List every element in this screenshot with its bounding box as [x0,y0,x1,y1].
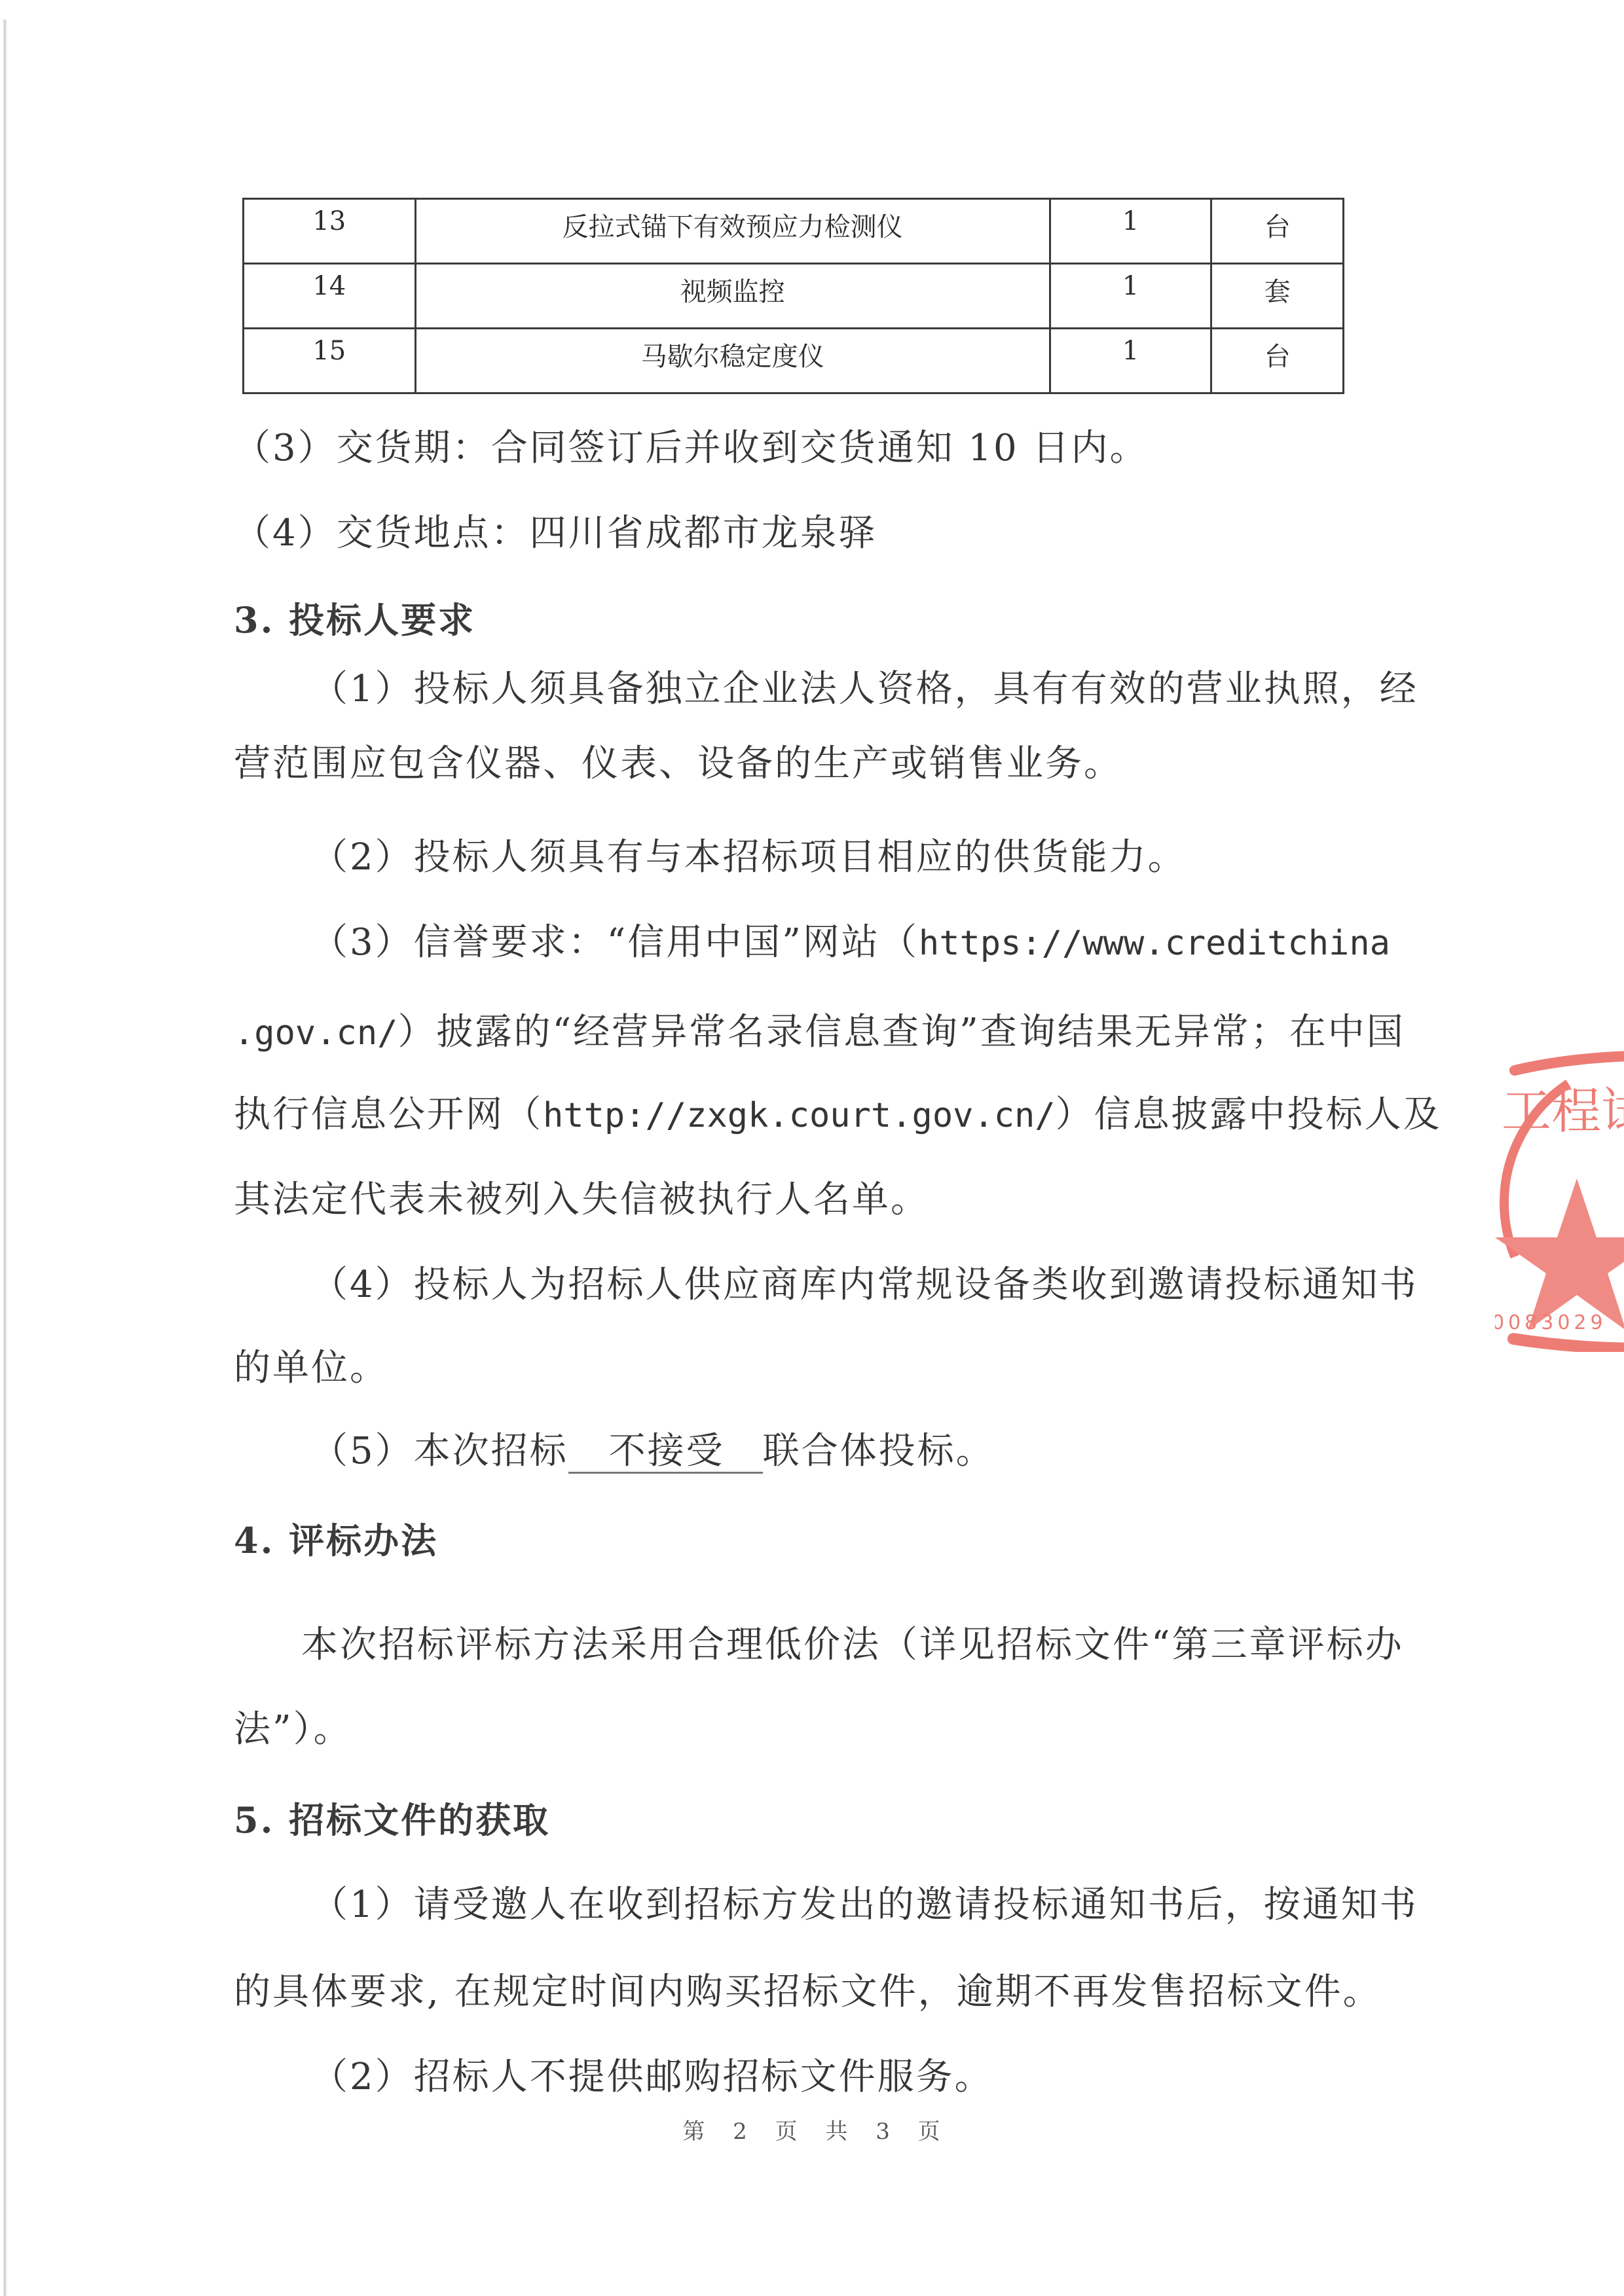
equipment-table: 13 反拉式锚下有效预应力检测仪 1 台 14 视频监控 1 套 15 马歇尔稳… [242,198,1344,394]
section-4-para-line-1: 本次招标评标方法采用合理低价法（详见招标文件“第三章评标办 [301,1622,1404,1668]
section-3-item-4-line-1: （4）投标人为招标人供应商库内常规设备类收到邀请投标通知书 [311,1262,1418,1308]
table-row: 15 马歇尔稳定度仪 1 台 [244,329,1344,393]
section-5-heading: 5. 招标文件的获取 [234,1797,550,1843]
row-number: 13 [244,199,416,264]
section-3-item-3-line-3: 执行信息公开网（http://zxgk.court.gov.cn/）信息披露中投… [234,1092,1442,1139]
court-site-text: ）信息披露中投标人及 [1056,1093,1442,1136]
seal-icon: 工程试 0083029 [1495,1051,1624,1352]
row-number: 15 [244,329,416,393]
equipment-name: 马歇尔稳定度仪 [415,329,1050,393]
page-number-footer: 第 2 页 共 3 页 [0,2113,1624,2145]
joint-bid-fill-in: 不接受 [568,1431,763,1474]
quantity: 1 [1050,199,1211,264]
section-4-heading: 4. 评标办法 [234,1518,438,1563]
equipment-name: 反拉式锚下有效预应力检测仪 [415,199,1050,264]
section-3-item-3-line-2: .gov.cn/）披露的“经营异常名录信息查询”查询结果无异常；在中国 [234,1010,1405,1056]
svg-text:工程试: 工程试 [1502,1082,1624,1140]
section-4-para-line-2: 法”）。 [234,1707,352,1753]
credit-requirement-text: ）披露的“经营异常名录信息查询”查询结果无异常；在中国 [397,1011,1405,1053]
section-5-item-1-line-2: 的具体要求, 在规定时间内购买招标文件，逾期不再发售招标文件。 [234,1969,1382,2015]
delivery-period: （3）交货期：合同签订后并收到交货通知 10 日内。 [234,426,1149,471]
row-number: 14 [244,264,416,329]
quantity: 1 [1050,264,1211,329]
item-5-suffix: 联合体投标。 [763,1430,995,1472]
section-5-item-1-line-1: （1）请受邀人在收到招标方发出的邀请投标通知书后，按通知书 [311,1882,1418,1928]
delivery-place: （4）交货地点：四川省成都市龙泉驿 [234,511,877,556]
creditchina-url-tail: .gov.cn/ [234,1013,397,1053]
table-row: 13 反拉式锚下有效预应力检测仪 1 台 [244,199,1344,264]
unit: 台 [1211,199,1344,264]
creditchina-url: https://www.creditchina [919,924,1390,963]
section-3-item-2: （2）投标人须具有与本招标项目相应的供货能力。 [311,835,1187,881]
quantity: 1 [1050,329,1211,393]
section-3-item-3-line-1: （3）信誉要求：“信用中国”网站（https://www.creditchina [311,920,1390,966]
section-3-item-4-line-2: 的单位。 [234,1345,388,1391]
equipment-name: 视频监控 [415,264,1050,329]
table-row: 14 视频监控 1 套 [244,264,1344,329]
section-3-item-1-line-1: （1）投标人须具备独立企业法人资格，具有有效的营业执照，经 [311,666,1418,712]
svg-text:0083029: 0083029 [1495,1311,1607,1334]
court-url: http://zxgk.court.gov.cn/ [543,1096,1056,1135]
scan-edge-shadow [3,20,7,2296]
credit-requirement-label: （3）信誉要求：“信用中国”网站（ [311,921,919,964]
section-3-item-1-line-2: 营范围应包含仪器、仪表、设备的生产或销售业务。 [234,741,1122,787]
section-5-item-2: （2）招标人不提供邮购招标文件服务。 [311,2054,993,2100]
unit: 套 [1211,264,1344,329]
section-3-heading: 3. 投标人要求 [234,597,475,643]
unit: 台 [1211,329,1344,393]
section-3-item-3-line-4: 其法定代表未被列入失信被执行人名单。 [234,1177,929,1223]
item-5-prefix: （5）本次招标 [311,1430,568,1472]
court-site-label: 执行信息公开网（ [234,1093,543,1136]
section-3-item-5: （5）本次招标不接受联合体投标。 [311,1429,995,1474]
company-seal-stamp: 工程试 0083029 [1495,1051,1624,1352]
